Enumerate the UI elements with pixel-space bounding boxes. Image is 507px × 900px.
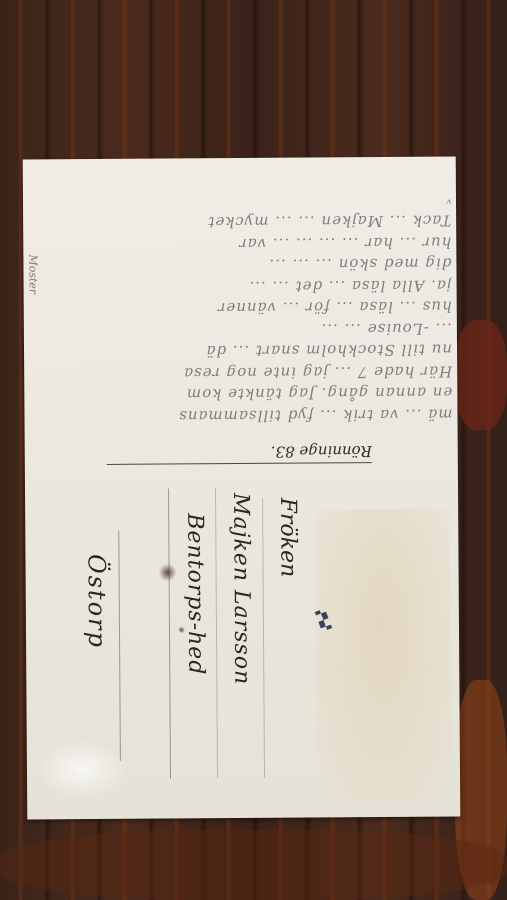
message-line: en annan gång. Jag tänkte kom	[32, 382, 452, 406]
stamp-stain	[315, 509, 452, 800]
address-street: Bentorps-hed	[182, 513, 208, 675]
message-line: Här hade 7 ... jag inte nog resa	[32, 360, 452, 384]
address-name: Majken Larsson	[228, 493, 254, 685]
message-line: mä ... va trik ... fyd tillsammans	[32, 403, 452, 427]
wood-grain-highlight	[455, 320, 507, 430]
dateline: Rönninge 83.	[107, 440, 372, 465]
ink-blot	[159, 563, 177, 581]
address-rule	[215, 488, 218, 778]
dateline-text: Rönninge 83.	[270, 442, 371, 461]
address-town: Östorp	[82, 554, 111, 649]
ink-blot	[178, 626, 185, 633]
message-line: hur ... har ... ... ... ... var	[31, 231, 451, 255]
pencil-message: mä ... va trik ... fyd tillsammans en an…	[31, 165, 453, 428]
postcard: mä ... va trik ... fyd tillsammans en an…	[23, 156, 461, 819]
message-line: ᵛ	[31, 188, 451, 212]
address-rule	[262, 498, 265, 778]
message-line: ... -Louise ... ...	[32, 317, 452, 341]
message-line: Tack ... Majken ... ... mycket	[31, 210, 451, 234]
message-line: hus ... läsa ... för ... vänner	[32, 296, 452, 320]
address-rule	[168, 489, 171, 779]
address-title: Fröken	[275, 498, 301, 578]
message-line: ja. Alla läsa ... det ... ...	[32, 274, 452, 298]
message-line: nu till Stockholm snart ... dä	[32, 339, 452, 363]
message-line: dig med skön ... ... ...	[31, 253, 451, 277]
paper-scuff	[37, 739, 127, 800]
side-note: Moster	[26, 254, 39, 294]
wood-grain-highlight	[0, 830, 507, 900]
address-rule	[118, 531, 121, 761]
